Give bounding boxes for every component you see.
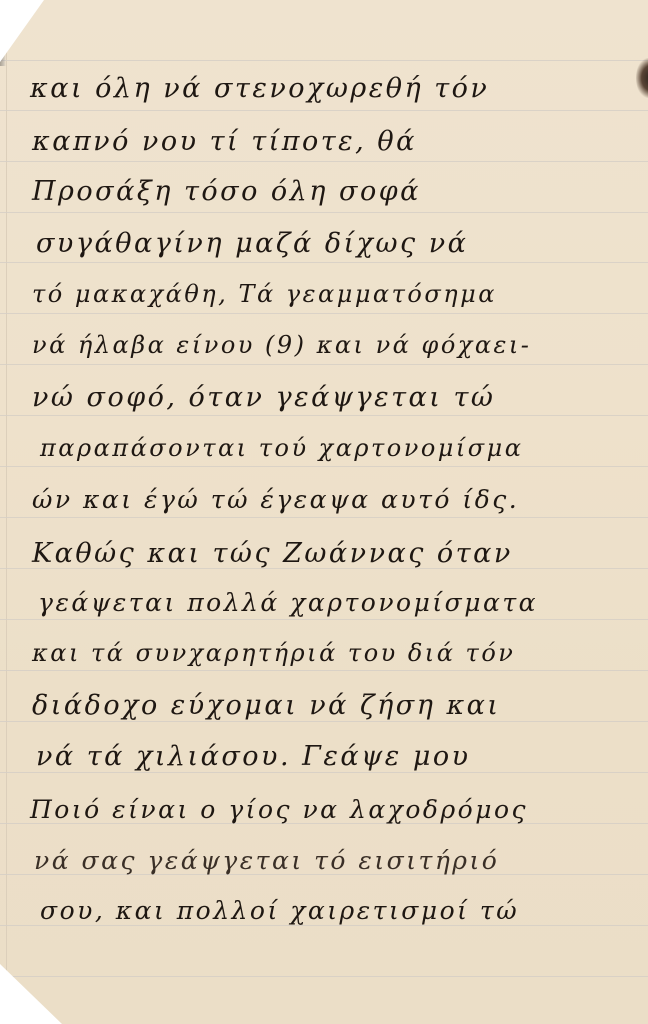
ruled-line <box>0 212 648 213</box>
handwritten-line-11: γεάψεται πολλά χαρτονομίσματα <box>38 590 538 615</box>
ruled-line <box>0 262 648 263</box>
handwritten-line-1: και όλη νά στενοχωρεθή τόν <box>30 75 489 102</box>
ruled-line <box>0 976 648 977</box>
ruled-line <box>0 619 648 620</box>
ruled-line <box>0 110 648 111</box>
handwritten-line-5: τό μακαχάθη, Τά γεαμματόσημα <box>32 282 497 306</box>
paper-fold-line <box>6 0 7 1024</box>
ruled-line <box>0 415 648 416</box>
handwritten-line-12: και τά συνχαρητήριά του διά τόν <box>32 641 515 665</box>
ruled-line <box>0 466 648 467</box>
ruled-line <box>0 772 648 773</box>
handwritten-line-6: νά ήλαβα είνου (9) και νά φόχαει- <box>32 333 531 357</box>
handwritten-line-3: Προσάξη τόσο όλη σοφά <box>32 178 421 205</box>
handwritten-line-14: νά τά χιλιάσου. Γεάψε μου <box>36 743 471 770</box>
handwritten-line-15: Ποιό είναι ο γίος να λαχοδρόμος <box>30 797 528 822</box>
cut-corner-top-left <box>0 0 44 62</box>
ruled-line <box>0 60 648 61</box>
ruled-line <box>0 925 648 926</box>
ruled-line <box>0 313 648 314</box>
letter-page: και όλη νά στενοχωρεθή τόν καπνό νου τί … <box>0 0 648 1024</box>
ruled-line <box>0 364 648 365</box>
handwritten-line-8: παραπάσονται τού χαρτονομίσμα <box>40 436 524 460</box>
cut-corner-bottom-left <box>0 964 62 1024</box>
handwritten-line-17: σου, και πολλοί χαιρετισμοί τώ <box>40 898 519 923</box>
ruled-line <box>0 161 648 162</box>
ruled-line <box>0 517 648 518</box>
ruled-line <box>0 670 648 671</box>
handwritten-line-7: νώ σοφό, όταν γεάψγεται τώ <box>32 384 495 411</box>
handwritten-line-13: διάδοχο εύχομαι νά ζήση και <box>32 692 501 719</box>
ink-blot <box>636 58 648 98</box>
handwritten-line-2: καπνό νου τί τίποτε, θά <box>32 128 417 155</box>
handwritten-line-16: νά σας γεάψγεται τό εισιτήριό <box>34 848 499 873</box>
handwritten-line-9: ών και έγώ τώ έγεαψα αυτό ίδς. <box>32 487 519 512</box>
handwritten-line-10: Καθώς και τώς Ζωάννας όταν <box>32 540 513 567</box>
ruled-line <box>0 721 648 722</box>
handwritten-line-4: συγάθαγίνη μαζά δίχως νά <box>36 230 468 257</box>
